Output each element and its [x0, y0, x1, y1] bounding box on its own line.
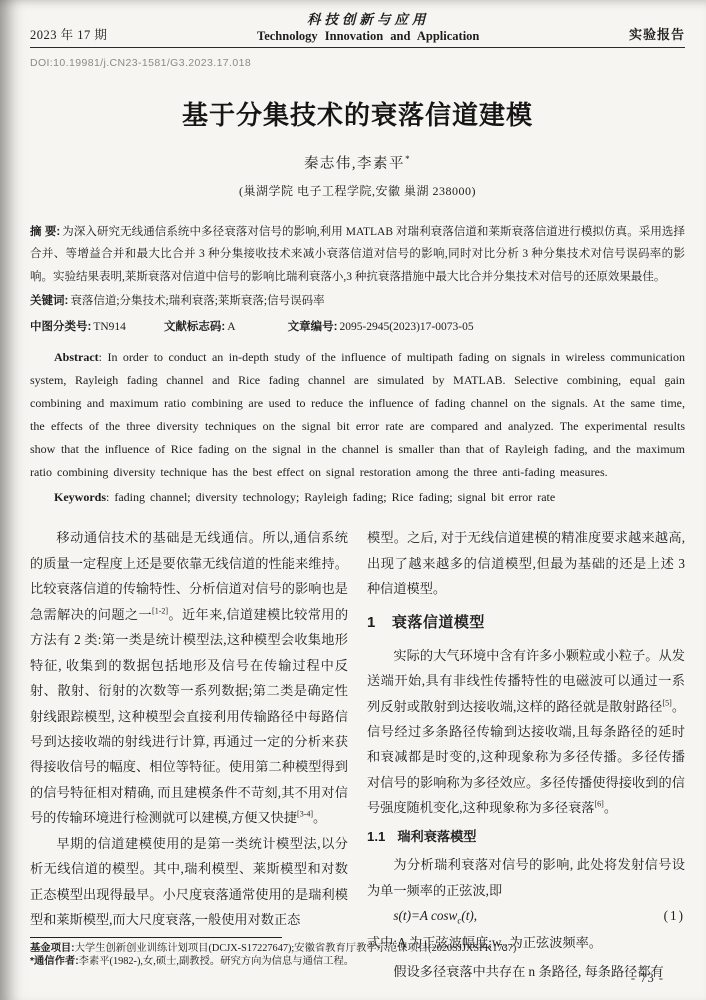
abstract-en: Abstract: In order to conduct an in-dept…	[30, 346, 685, 484]
paragraph-text: 。信号经过多条路径传输到达接收端,且每条路径的延时和衰减都是时变的,这种现象称为…	[367, 699, 685, 816]
abstract-en-label: Abstract	[54, 350, 99, 364]
keywords-en-text: : fading channel; diversity technology; …	[106, 490, 555, 504]
clc-value: TN914	[93, 321, 126, 333]
classification-row: 中图分类号:TN914文献标志码:A文章编号:2095-2945(2023)17…	[30, 316, 685, 338]
journal-name-cn: 科技创新与应用	[257, 13, 479, 29]
corresponding-author-mark: *	[405, 154, 411, 164]
column-name: 实验报告	[629, 24, 685, 43]
clc-label: 中图分类号:	[30, 321, 91, 333]
author-note-label: *通信作者:	[30, 956, 79, 967]
fund-text: 大学生创新创业训练计划项目(DCJX-S17227647);安徽省教育厅教学示范…	[75, 943, 517, 954]
section-number: 1	[367, 614, 376, 631]
citation-ref: [3-4]	[297, 810, 313, 819]
abstract-cn-label: 摘 要:	[30, 226, 60, 238]
keywords-cn-label: 关键词:	[30, 295, 68, 307]
keywords-cn-text: 衰落信道;分集技术;瑞利衰落;莱斯衰落;信号误码率	[70, 295, 324, 307]
paragraph-intro: 移动通信技术的基础是无线通信。所以,通信系统的质量一定程度上还是要依靠无线信道的…	[30, 525, 348, 831]
article-body: 移动通信技术的基础是无线通信。所以,通信系统的质量一定程度上还是要依靠无线信道的…	[30, 525, 685, 984]
journal-page: 2023 年 17 期 科技创新与应用 Technology Innovatio…	[0, 0, 706, 1000]
citation-ref: [1-2]	[152, 606, 168, 615]
issue-number: 2023 年 17 期	[30, 25, 107, 43]
keywords-en: Keywords: fading channel; diversity tech…	[30, 486, 685, 509]
footnotes: 基金项目:大学生创新创业训练计划项目(DCJX-S17227647);安徽省教育…	[30, 937, 685, 968]
article-id-label: 文章编号:	[288, 321, 338, 333]
paragraph-text: 实际的大气环境中含有许多小颗粒或小粒子。从发送端开始,具有非线性传播特性的电磁波…	[367, 648, 685, 714]
corresponding-author-note: *通信作者:李素平(1982-),女,硕士,副教授。研究方向为信息与通信工程。	[30, 955, 685, 968]
doi-text: DOI:10.19981/j.CN23-1581/G3.2023.17.018	[30, 57, 685, 69]
equation-number: (1)	[664, 903, 685, 928]
paragraph-text: 。	[313, 810, 326, 825]
abstract-cn-text: 为深入研究无线通信系统中多径衰落对信号的影响,利用 MATLAB 对瑞利衰落信道…	[30, 226, 685, 283]
paragraph-text: 。	[604, 800, 617, 815]
subsection-heading-1-1: 1.1瑞利衰落模型	[367, 824, 685, 849]
paragraph-multipath: 实际的大气环境中含有许多小颗粒或小粒子。从发送端开始,具有非线性传播特性的电磁波…	[367, 643, 685, 821]
page-number: - 73 -	[631, 971, 664, 986]
section-title: 衰落信道模型	[392, 614, 485, 631]
subsection-title: 瑞利衰落模型	[397, 829, 476, 844]
page-header: 2023 年 17 期 科技创新与应用 Technology Innovatio…	[30, 13, 685, 48]
paragraph-continued: 模型。之后, 对于无线信道建模的精准度要求越来越高,出现了越来越多的信道模型,但…	[367, 525, 685, 601]
doc-code-label: 文献标志码:	[164, 321, 225, 333]
authors-names: 秦志伟,李素平	[304, 156, 405, 172]
journal-title-block: 科技创新与应用 Technology Innovation and Applic…	[257, 13, 479, 43]
fund-label: 基金项目:	[30, 943, 75, 954]
citation-ref: [6]	[594, 800, 603, 809]
authors-line: 秦志伟,李素平*	[30, 152, 685, 173]
front-matter: 摘 要:为深入研究无线通信系统中多径衰落对信号的影响,利用 MATLAB 对瑞利…	[30, 221, 685, 509]
abstract-en-text: : In order to conduct an in-depth study …	[30, 350, 685, 479]
section-heading-1: 1衰落信道模型	[367, 609, 685, 638]
equation-1: s(t)=A coswc(t),(1)	[367, 903, 685, 930]
equation-expression: s(t)=A coswc(t),	[393, 903, 477, 930]
footnote-divider	[30, 937, 282, 938]
paragraph-text: 。近年来,信道建模比较常用的方法有 2 类:第一类是统计模型法,这种模型会收集地…	[30, 607, 348, 826]
equation-rhs: (t),	[461, 908, 477, 923]
citation-ref: [5]	[662, 698, 671, 707]
article-id-value: 2095-2945(2023)17-0073-05	[339, 321, 473, 333]
journal-name-en: Technology Innovation and Application	[257, 29, 479, 43]
paragraph-early-modeling: 早期的信道建模使用的是第一类统计模型法,以分析无线信道的模型。其中,瑞利模型、莱…	[30, 831, 348, 933]
paragraph-rayleigh: 为分析瑞利衰落对信号的影响, 此处将发射信号设为单一频率的正弦波,即	[367, 852, 685, 903]
abstract-cn: 摘 要:为深入研究无线通信系统中多径衰落对信号的影响,利用 MATLAB 对瑞利…	[30, 221, 685, 288]
keywords-cn: 关键词:衰落信道;分集技术;瑞利衰落;莱斯衰落;信号误码率	[30, 290, 685, 312]
equation-lhs: s(t)=A cosw	[393, 908, 457, 923]
keywords-en-label: Keywords	[54, 490, 106, 504]
fund-note: 基金项目:大学生创新创业训练计划项目(DCJX-S17227647);安徽省教育…	[30, 942, 685, 955]
right-column: 模型。之后, 对于无线信道建模的精准度要求越来越高,出现了越来越多的信道模型,但…	[367, 525, 685, 984]
article-title: 基于分集技术的衰落信道建模	[30, 95, 685, 132]
subsection-number: 1.1	[367, 829, 385, 844]
affiliation: (巢湖学院 电子工程学院,安徽 巢湖 238000)	[30, 182, 685, 199]
author-note-text: 李素平(1982-),女,硕士,副教授。研究方向为信息与通信工程。	[79, 956, 354, 967]
left-column: 移动通信技术的基础是无线通信。所以,通信系统的质量一定程度上还是要依靠无线信道的…	[30, 525, 348, 984]
doc-code-value: A	[227, 321, 235, 333]
